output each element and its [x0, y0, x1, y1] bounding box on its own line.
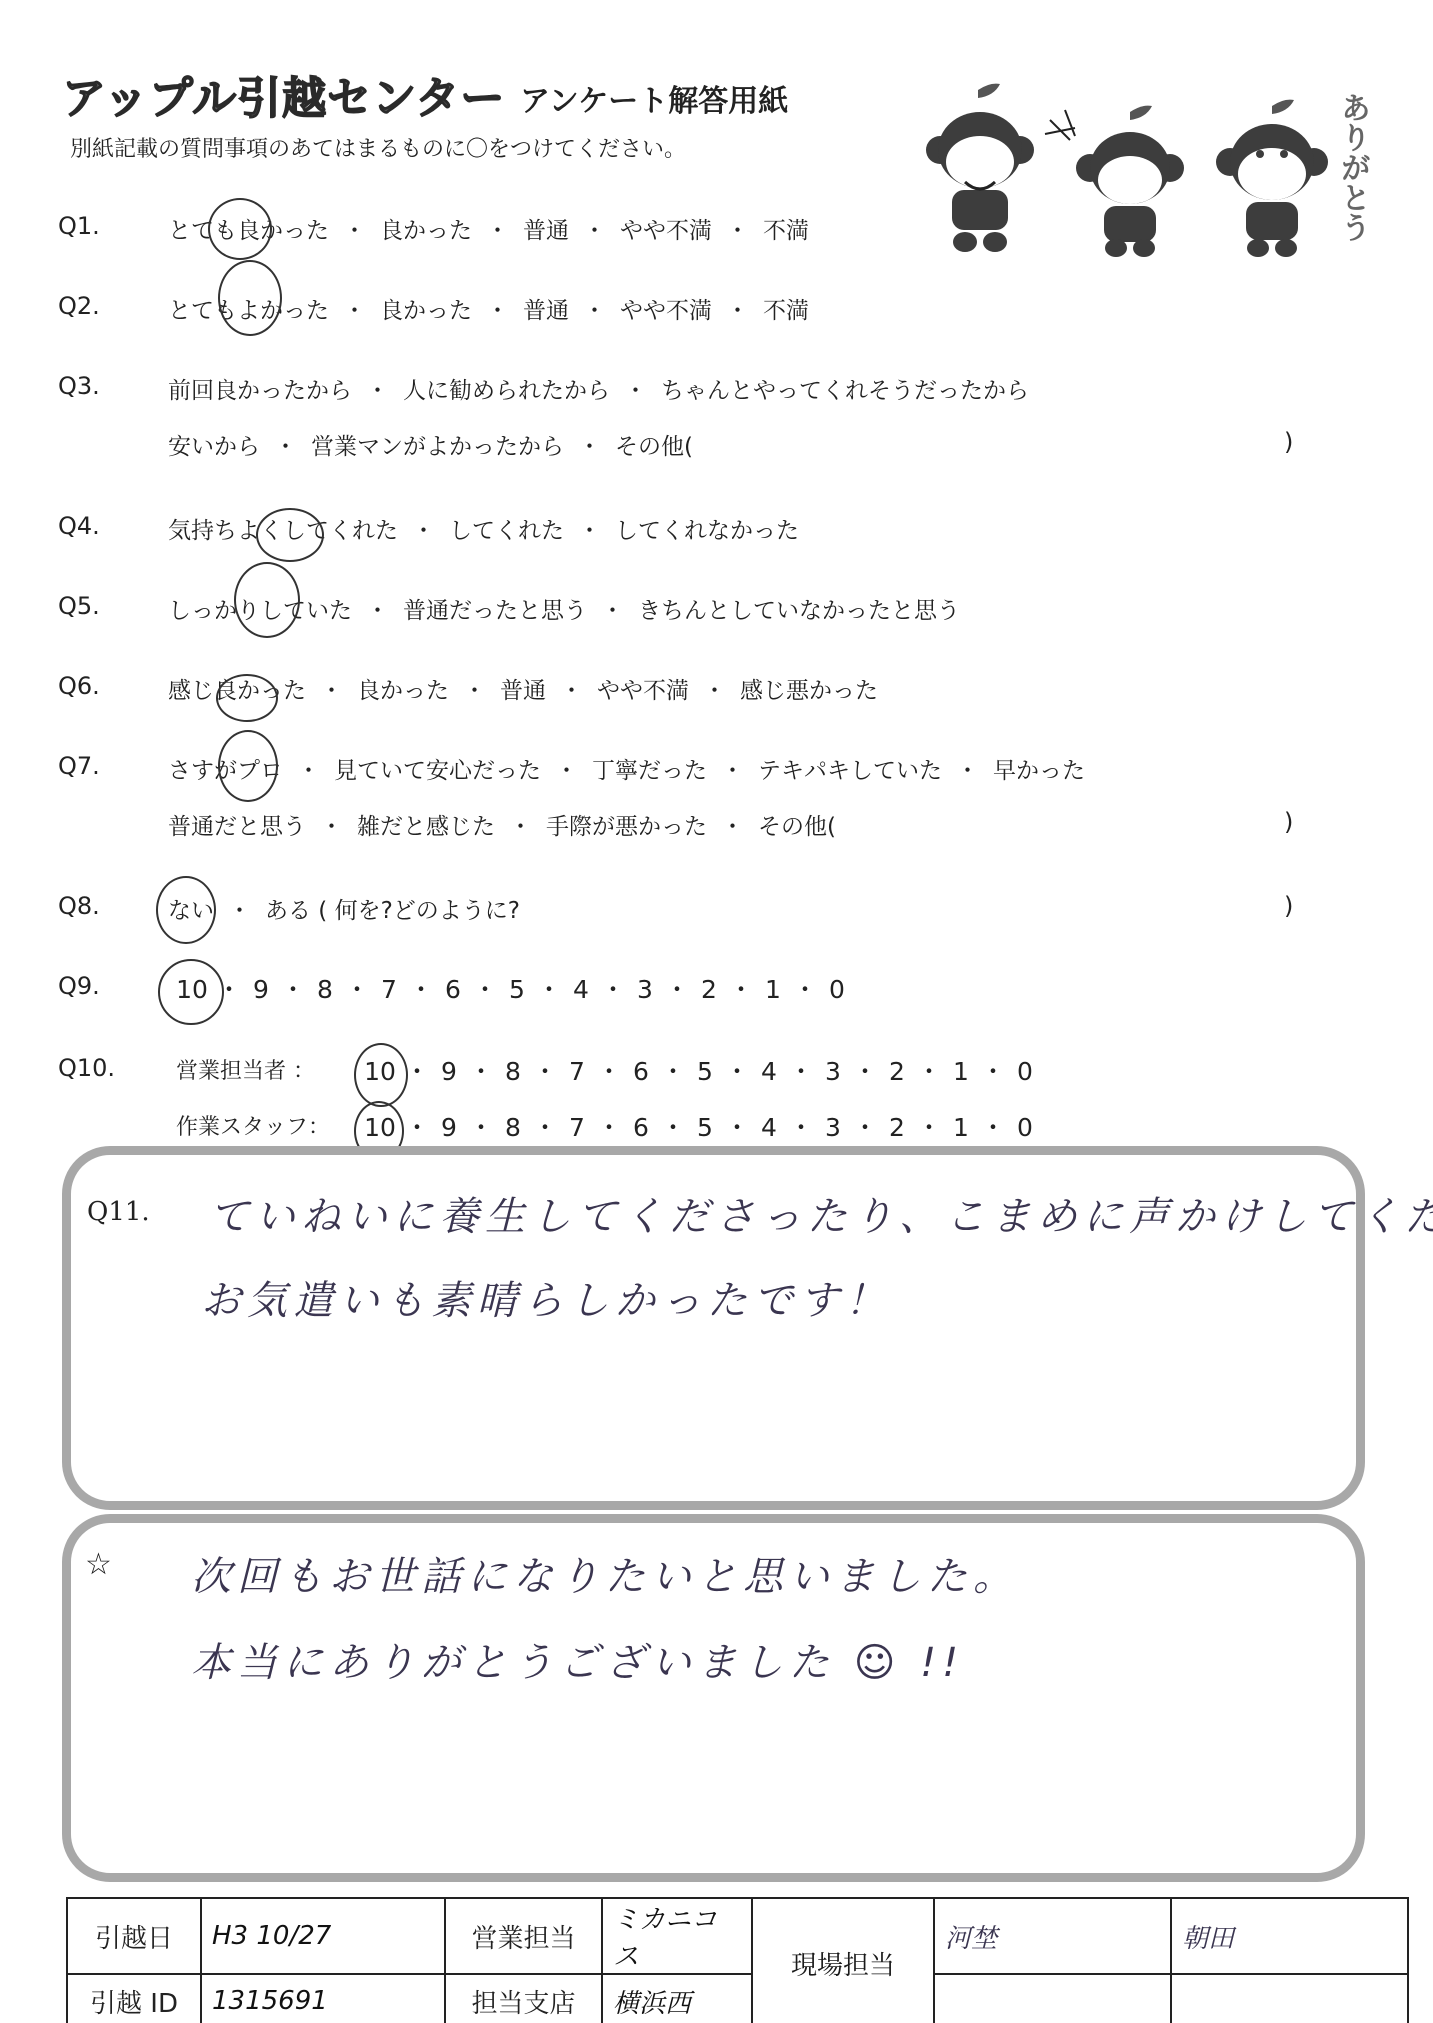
q2-label: Q2. — [58, 292, 100, 320]
q10-staff-score[interactable]: 0 — [1014, 1113, 1036, 1142]
q7-option[interactable]: 雑だと感じた — [357, 808, 495, 841]
q9-score[interactable]: 8 — [314, 975, 336, 1004]
q10-sales-score[interactable]: 9 — [438, 1057, 460, 1086]
q5-options: しっかりしていた・普通だったと思う・きちんとしていなかったと思う — [168, 592, 960, 625]
q10-staff-score[interactable]: 9 — [438, 1113, 460, 1142]
q6-label: Q6. — [58, 672, 100, 700]
branch-value[interactable]: 横浜西 — [602, 1974, 752, 2023]
q8-paren-close: ) — [1284, 892, 1293, 920]
q9-score[interactable]: 10 — [176, 975, 208, 1004]
q10-staff-score[interactable]: 3 — [822, 1113, 844, 1142]
field-staff-3[interactable] — [934, 1974, 1171, 2023]
q10-staff-score[interactable]: 7 — [566, 1113, 588, 1142]
q9-label: Q9. — [58, 972, 100, 1000]
q3-options-line1: 前回良かったから・人に勧められたから・ちゃんとやってくれそうだったから — [168, 372, 1029, 405]
q10-staff-score[interactable]: 5 — [694, 1113, 716, 1142]
q5-option[interactable]: しっかりしていた — [168, 592, 352, 625]
q10-sales-score[interactable]: 5 — [694, 1057, 716, 1086]
q10-sales-score[interactable]: 0 — [1014, 1057, 1036, 1086]
q1-options: とても良かった・良かった・普通・やや不満・不満 — [168, 212, 809, 245]
q10-sales-score[interactable]: 7 — [566, 1057, 588, 1086]
q9-score[interactable]: 0 — [826, 975, 848, 1004]
comments-box[interactable]: ☆ 次回もお世話になりたいと思いました。 本当にありがとうございました ☺ !! — [62, 1514, 1365, 1882]
q1-option[interactable]: とても良かった — [168, 212, 329, 245]
q9-score[interactable]: 3 — [634, 975, 656, 1004]
q4-option[interactable]: してくれなかった — [615, 512, 799, 545]
q7-option[interactable]: 普通だと思う — [168, 808, 306, 841]
q7-option[interactable]: 丁寧だった — [592, 752, 707, 785]
q10-sales-score[interactable]: 3 — [822, 1057, 844, 1086]
q7-option[interactable]: 手際が悪かった — [546, 808, 707, 841]
form-subtitle: アンケート解答用紙 — [520, 76, 788, 120]
q9-score[interactable]: 1 — [762, 975, 784, 1004]
q2-options: とてもよかった・良かった・普通・やや不満・不満 — [168, 292, 809, 325]
q10-staff-score[interactable]: 8 — [502, 1113, 524, 1142]
move-id-label: 引越 ID — [67, 1974, 201, 2023]
q8-option[interactable]: ない — [168, 892, 214, 925]
q7-option[interactable]: 早かった — [993, 752, 1085, 785]
q11-handwritten-line2: お気遣いも素晴らしかったです！ — [201, 1269, 891, 1326]
q7-options-line1: さすがプロ・見ていて安心だった・丁寧だった・テキパキしていた・早かった — [168, 752, 1085, 785]
mascot-illustration — [880, 70, 1350, 260]
q10-staff-score[interactable]: 4 — [758, 1113, 780, 1142]
q1-option[interactable]: 良かった — [380, 212, 472, 245]
q10-label: Q10. — [58, 1054, 115, 1082]
q9-score[interactable]: 9 — [250, 975, 272, 1004]
q8-options: ない・ある ( 何を?どのように? — [168, 892, 520, 925]
field-staff-2[interactable]: 朝田 — [1171, 1898, 1408, 1974]
q3-option[interactable]: 前回良かったから — [168, 372, 352, 405]
sales-rep-value[interactable]: ミカニコス — [602, 1898, 752, 1974]
q7-option[interactable]: 見ていて安心だった — [334, 752, 541, 785]
q8-label: Q8. — [58, 892, 100, 920]
q4-option[interactable]: 気持ちよくしてくれた — [168, 512, 398, 545]
q3-option[interactable]: 営業マンがよかったから — [311, 428, 564, 461]
branch-label: 担当支店 — [445, 1974, 602, 2023]
q6-options: 感じ良かった・良かった・普通・やや不満・感じ悪かった — [168, 672, 878, 705]
q8-option[interactable]: ある ( 何を?どのように? — [265, 892, 520, 925]
mascot-caption: ありがとう — [1330, 92, 1374, 242]
move-id-value[interactable]: 1315691 — [201, 1974, 445, 2023]
q3-option[interactable]: 安いから — [168, 428, 260, 461]
q7-paren-close: ) — [1284, 808, 1293, 836]
move-date-label: 引越日 — [67, 1898, 201, 1974]
field-staff-4[interactable] — [1171, 1974, 1408, 2023]
q10-sales-label: 営業担当者 ： — [176, 1054, 315, 1085]
q7-option[interactable]: さすがプロ — [168, 752, 283, 785]
q1-option[interactable]: やや不満 — [620, 212, 712, 245]
q10-staff-scale: 10・9・8・7・6・5・4・3・2・1・0 — [364, 1108, 1036, 1144]
q1-label: Q1. — [58, 212, 100, 240]
q9-score[interactable]: 2 — [698, 975, 720, 1004]
q4-option[interactable]: してくれた — [449, 512, 564, 545]
q11-comment-box[interactable]: Q11. ていねいに養生してくださったり、こまめに声かけしてくださった。 お気遣… — [62, 1146, 1365, 1510]
q10-sales-score[interactable]: 2 — [886, 1057, 908, 1086]
q2-option[interactable]: とてもよかった — [168, 292, 329, 325]
q2-option[interactable]: 良かった — [380, 292, 472, 325]
q7-option-other[interactable]: その他( — [758, 808, 836, 841]
q6-option[interactable]: 普通 — [500, 672, 546, 705]
brand-title: アップル引越センター — [62, 62, 505, 126]
q1-option[interactable]: 普通 — [523, 212, 569, 245]
instruction-text: 別紙記載の質問事項のあてはまるものに〇をつけてください。 — [70, 132, 686, 163]
q2-option[interactable]: 不満 — [763, 292, 809, 325]
q5-option[interactable]: 普通だったと思う — [403, 592, 587, 625]
q10-staff-label: 作業スタッフ： — [176, 1110, 330, 1141]
q10-sales-score[interactable]: 8 — [502, 1057, 524, 1086]
q6-option[interactable]: 良かった — [357, 672, 449, 705]
q9-score[interactable]: 7 — [378, 975, 400, 1004]
q7-option[interactable]: テキパキしていた — [758, 752, 942, 785]
q9-score[interactable]: 6 — [442, 975, 464, 1004]
q3-options-line2: 安いから・営業マンがよかったから・その他( — [168, 428, 693, 461]
q10-sales-score[interactable]: 4 — [758, 1057, 780, 1086]
q10-staff-score[interactable]: 1 — [950, 1113, 972, 1142]
q7-options-line2: 普通だと思う・雑だと感じた・手際が悪かった・その他( — [168, 808, 836, 841]
move-date-value[interactable]: H3 10/27 — [201, 1898, 445, 1974]
q10-staff-score[interactable]: 6 — [630, 1113, 652, 1142]
q4-options: 気持ちよくしてくれた・してくれた・してくれなかった — [168, 512, 799, 545]
q6-option[interactable]: やや不満 — [597, 672, 689, 705]
q10-staff-score[interactable]: 2 — [886, 1113, 908, 1142]
q6-option[interactable]: 感じ良かった — [168, 672, 306, 705]
q10-staff-score[interactable]: 10 — [364, 1113, 396, 1142]
q6-option[interactable]: 感じ悪かった — [740, 672, 878, 705]
q9-scale: 10・9・8・7・6・5・4・3・2・1・0 — [176, 970, 848, 1006]
q2-option[interactable]: やや不満 — [620, 292, 712, 325]
q1-option[interactable]: 不満 — [763, 212, 809, 245]
q10-sales-score[interactable]: 6 — [630, 1057, 652, 1086]
monkey-mascots-icon — [880, 70, 1350, 260]
star-icon: ☆ — [85, 1547, 112, 1582]
q10-sales-score[interactable]: 10 — [364, 1057, 396, 1086]
q3-option[interactable]: 人に勧められたから — [403, 372, 610, 405]
q3-option[interactable]: ちゃんとやってくれそうだったから — [661, 372, 1029, 405]
comments-handwritten-line2: 本当にありがとうございました ☺ !! — [191, 1631, 964, 1688]
q11-label: Q11. — [87, 1197, 150, 1227]
move-info-table: 引越日 H3 10/27 営業担当 ミカニコス 現場担当 河埜 朝田 引越 ID… — [66, 1897, 1409, 2023]
q2-option[interactable]: 普通 — [523, 292, 569, 325]
field-staff-label: 現場担当 — [752, 1898, 934, 2023]
q9-score[interactable]: 5 — [506, 975, 528, 1004]
q4-label: Q4. — [58, 512, 100, 540]
q5-label: Q5. — [58, 592, 100, 620]
q7-label: Q7. — [58, 752, 100, 780]
q10-sales-scale: 10・9・8・7・6・5・4・3・2・1・0 — [364, 1052, 1036, 1088]
q9-score[interactable]: 4 — [570, 975, 592, 1004]
q10-sales-score[interactable]: 1 — [950, 1057, 972, 1086]
q5-option[interactable]: きちんとしていなかったと思う — [638, 592, 960, 625]
q3-label: Q3. — [58, 372, 100, 400]
q11-handwritten-line1: ていねいに養生してくださったり、こまめに声かけしてくださった。 — [209, 1185, 1433, 1242]
q3-option-other[interactable]: その他( — [615, 428, 693, 461]
field-staff-1[interactable]: 河埜 — [934, 1898, 1171, 1974]
comments-handwritten-line1: 次回もお世話になりたいと思いました。 — [191, 1545, 1019, 1602]
q3-paren-close: ) — [1284, 428, 1293, 456]
sales-rep-label: 営業担当 — [445, 1898, 602, 1974]
